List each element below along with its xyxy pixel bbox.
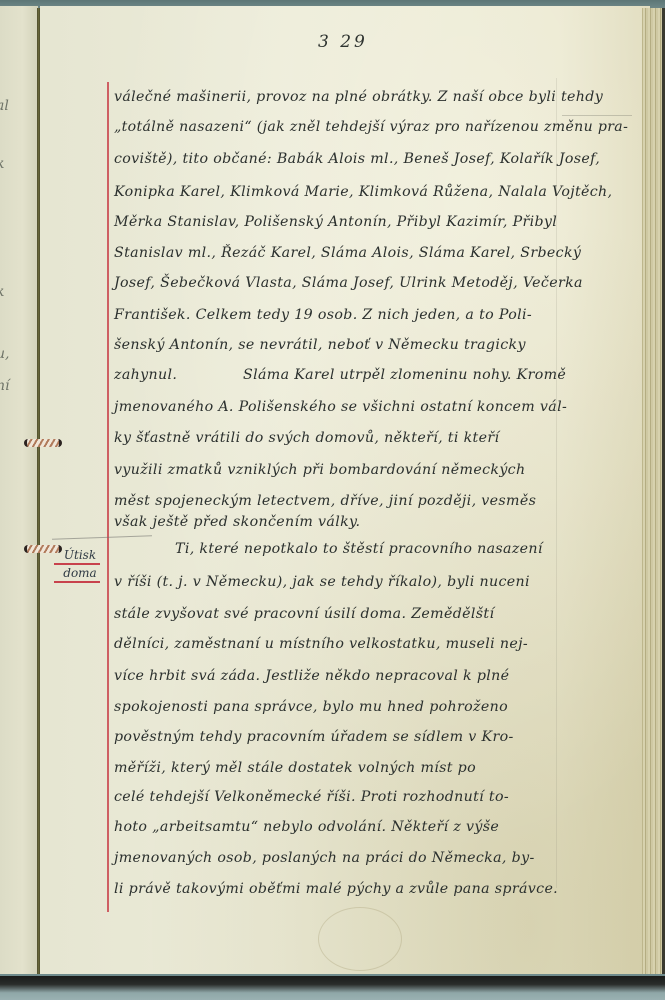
text-line: jmenovaných osob, poslaných na práci do … (114, 850, 535, 866)
text-line: více hrbit svá záda. Jestliže někdo nepr… (114, 668, 509, 684)
binding-thread (24, 439, 62, 447)
text-line: hoto „arbeitsamtu“ nebylo odvolání. Někt… (114, 819, 499, 835)
text-line: „totálně nasazeni“ (jak zněl tehdejší vý… (114, 119, 628, 135)
text-line: v říši (t. j. v Německu), jak se tehdy ř… (114, 574, 530, 590)
text-line: šenský Antonín, se nevrátil, neboť v Něm… (114, 337, 526, 353)
page-number: 3 29 (318, 32, 368, 52)
text-line: Josef, Šebečková Vlasta, Sláma Josef, Ul… (114, 275, 583, 291)
text-line: pověstným tehdy pracovním úřadem se sídl… (114, 729, 514, 745)
text-line: zahynul. (114, 367, 177, 383)
paper-stain (318, 907, 402, 971)
left-page-fragment: ní (0, 378, 10, 394)
left-page-edge: al k l k u, ní (0, 6, 38, 974)
binding-thread (24, 545, 62, 553)
margin-note-underline (54, 563, 100, 565)
margin-note-title: Útisk (58, 548, 102, 562)
text-line: coviště), tito občané: Babák Alois ml., … (114, 151, 600, 167)
text-line: Konipka Karel, Klimková Marie, Klimková … (114, 184, 612, 200)
left-page-fragment: k (0, 156, 4, 172)
faint-horizontal-rule (562, 115, 632, 116)
text-line: válečné mašinerii, provoz na plné obrátk… (114, 89, 603, 105)
text-line: měříži, který měl stále dostatek volných… (114, 760, 476, 776)
text-line: Sláma Karel utrpěl zlomeninu nohy. Kromě (243, 367, 566, 383)
margin-note-subtitle: doma (58, 566, 102, 580)
text-line: Ti, které nepotkalo to štěstí pracovního… (175, 541, 543, 557)
left-page-fragment: u, (0, 346, 9, 362)
text-line: celé tehdejší Velkoněmecké říši. Proti r… (114, 789, 509, 805)
text-line: Stanislav ml., Řezáč Karel, Sláma Alois,… (114, 245, 581, 261)
text-line: jmenovaného A. Polišenského se všichni o… (114, 399, 567, 415)
page-stack-edges (642, 8, 665, 974)
text-line: měst spojeneckým letectvem, dříve, jiní … (114, 493, 536, 509)
text-line: ky šťastně vrátili do svých domovů, někt… (114, 430, 499, 446)
red-margin-line (107, 82, 109, 912)
text-line: dělníci, zaměstnaní u místního velkostat… (114, 636, 528, 652)
text-line: stále zvyšovat své pracovní úsilí doma. … (114, 606, 494, 622)
left-page-fragment: al (0, 98, 9, 114)
text-line: František. Celkem tedy 19 osob. Z nich j… (114, 307, 532, 323)
text-line: spokojenosti pana správce, bylo mu hned … (114, 699, 508, 715)
text-line: li právě takovými oběťmi malé pýchy a zv… (114, 881, 558, 897)
text-line: využili zmatků vzniklých při bombardován… (114, 462, 525, 478)
margin-note-underline (54, 581, 100, 583)
text-line: Měrka Stanislav, Polišenský Antonín, Při… (114, 214, 557, 230)
text-line: však ještě před skončením války. (114, 514, 360, 530)
left-page-fragment: k (0, 284, 4, 300)
backdrop-bottom (0, 976, 665, 1000)
